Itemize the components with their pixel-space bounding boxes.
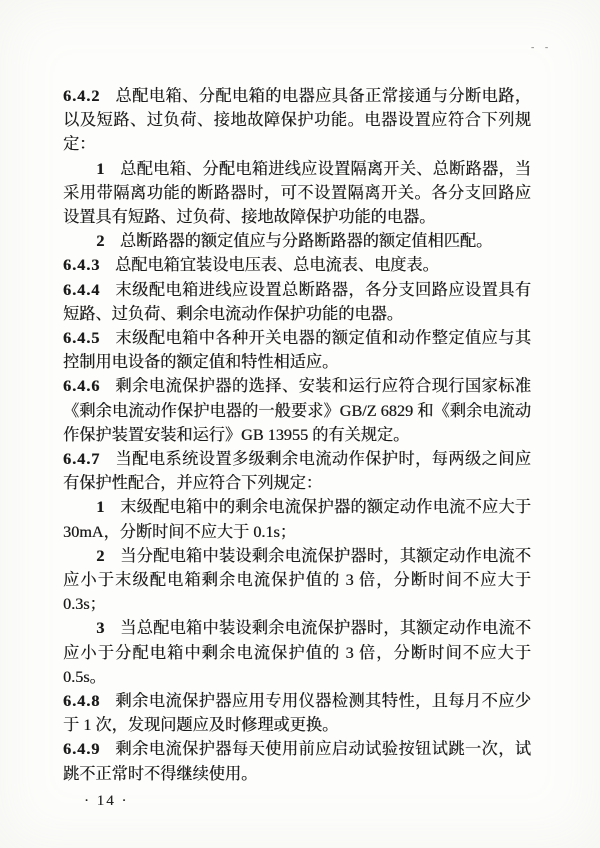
clause-number: 6.4.5 (63, 329, 100, 347)
scan-artifact-mark: - - (531, 43, 552, 51)
clause-text: 当配电系统设置多级剩余电流动作保护时，每两级之间应有保护性配合，并应符合下列规定… (63, 450, 531, 492)
clause-paragraph: 6.4.9剩余电流保护器每天使用前应启动试验按钮试跳一次，试跳不正常时不得继续使… (63, 737, 531, 785)
clause-text: 剩余电流保护器每天使用前应启动试验按钮试跳一次，试跳不正常时不得继续使用。 (63, 740, 531, 782)
clause-number: 2 (96, 232, 105, 250)
clause-number: 6.4.6 (63, 377, 100, 395)
clause-text: 剩余电流保护器应用专用仪器检测其特性，且每月不应少于 1 次，发现问题应及时修理… (63, 692, 531, 734)
clause-number: 6.4.9 (63, 740, 100, 758)
clause-number: 3 (96, 619, 105, 637)
clause-text: 当分配电箱中装设剩余电流保护器时，其额定动作电流不应小于末级配电箱剩余电流保护值… (63, 547, 531, 613)
clause-number: 2 (96, 547, 105, 565)
clause-paragraph: 1末级配电箱中的剩余电流保护器的额定动作电流不应大于 30mA，分断时间不应大于… (63, 495, 531, 543)
clause-paragraph: 2总断路器的额定值应与分路断路器的额定值相匹配。 (63, 229, 531, 253)
clause-text: 末级配电箱中各种开关电器的额定值和动作整定值应与其控制用电设备的额定值和特性相适… (63, 329, 531, 371)
clause-paragraph: 6.4.5末级配电箱中各种开关电器的额定值和动作整定值应与其控制用电设备的额定值… (63, 326, 531, 374)
clause-paragraph: 2当分配电箱中装设剩余电流保护器时，其额定动作电流不应小于末级配电箱剩余电流保护… (63, 544, 531, 617)
clause-text: 末级配电箱中的剩余电流保护器的额定动作电流不应大于 30mA，分断时间不应大于 … (63, 498, 531, 540)
clause-number: 1 (96, 160, 105, 178)
clause-number: 6.4.2 (63, 87, 100, 105)
clause-number: 6.4.7 (63, 450, 100, 468)
clause-number: 6.4.3 (63, 256, 100, 274)
page-number: · 14 · (84, 793, 129, 809)
clause-text: 总断路器的额定值应与分路断路器的额定值相匹配。 (120, 232, 492, 250)
clause-paragraph: 6.4.8剩余电流保护器应用专用仪器检测其特性，且每月不应少于 1 次，发现问题… (63, 689, 531, 737)
clause-paragraph: 6.4.3总配电箱宜装设电压表、总电流表、电度表。 (63, 253, 531, 277)
clause-paragraph: 6.4.4末级配电箱进线应设置总断路器，各分支回路应设置具有短路、过负荷、剩余电… (63, 278, 531, 326)
clause-text: 总配电箱、分配电箱的电器应具备正常接通与分断电路，以及短路、过负荷、接地故障保护… (63, 87, 531, 153)
clause-paragraph: 3当总配电箱中装设剩余电流保护器时，其额定动作电流不应小于分配电箱中剩余电流保护… (63, 616, 531, 689)
clause-text: 当总配电箱中装设剩余电流保护器时，其额定动作电流不应小于分配电箱中剩余电流保护值… (63, 619, 531, 685)
clause-paragraph: 6.4.2总配电箱、分配电箱的电器应具备正常接通与分断电路，以及短路、过负荷、接… (63, 84, 531, 157)
document-body: 6.4.2总配电箱、分配电箱的电器应具备正常接通与分断电路，以及短路、过负荷、接… (63, 84, 531, 786)
clause-number: 6.4.8 (63, 692, 100, 710)
clause-text: 剩余电流保护器的选择、安装和运行应符合现行国家标准《剩余电流动作保护电器的一般要… (63, 377, 531, 443)
document-page: - - 6.4.2总配电箱、分配电箱的电器应具备正常接通与分断电路，以及短路、过… (0, 0, 600, 848)
clause-paragraph: 1总配电箱、分配电箱进线应设置隔离开关、总断路器，当采用带隔离功能的断路器时，可… (63, 157, 531, 230)
clause-text: 总配电箱、分配电箱进线应设置隔离开关、总断路器，当采用带隔离功能的断路器时，可不… (63, 160, 531, 226)
clause-paragraph: 6.4.6剩余电流保护器的选择、安装和运行应符合现行国家标准《剩余电流动作保护电… (63, 374, 531, 447)
clause-text: 总配电箱宜装设电压表、总电流表、电度表。 (115, 256, 439, 274)
clause-number: 1 (96, 498, 105, 516)
clause-text: 末级配电箱进线应设置总断路器，各分支回路应设置具有短路、过负荷、剩余电流动作保护… (63, 281, 531, 323)
page-footer: · 14 · (84, 793, 129, 810)
clause-paragraph: 6.4.7当配电系统设置多级剩余电流动作保护时，每两级之间应有保护性配合，并应符… (63, 447, 531, 495)
clause-number: 6.4.4 (63, 281, 100, 299)
